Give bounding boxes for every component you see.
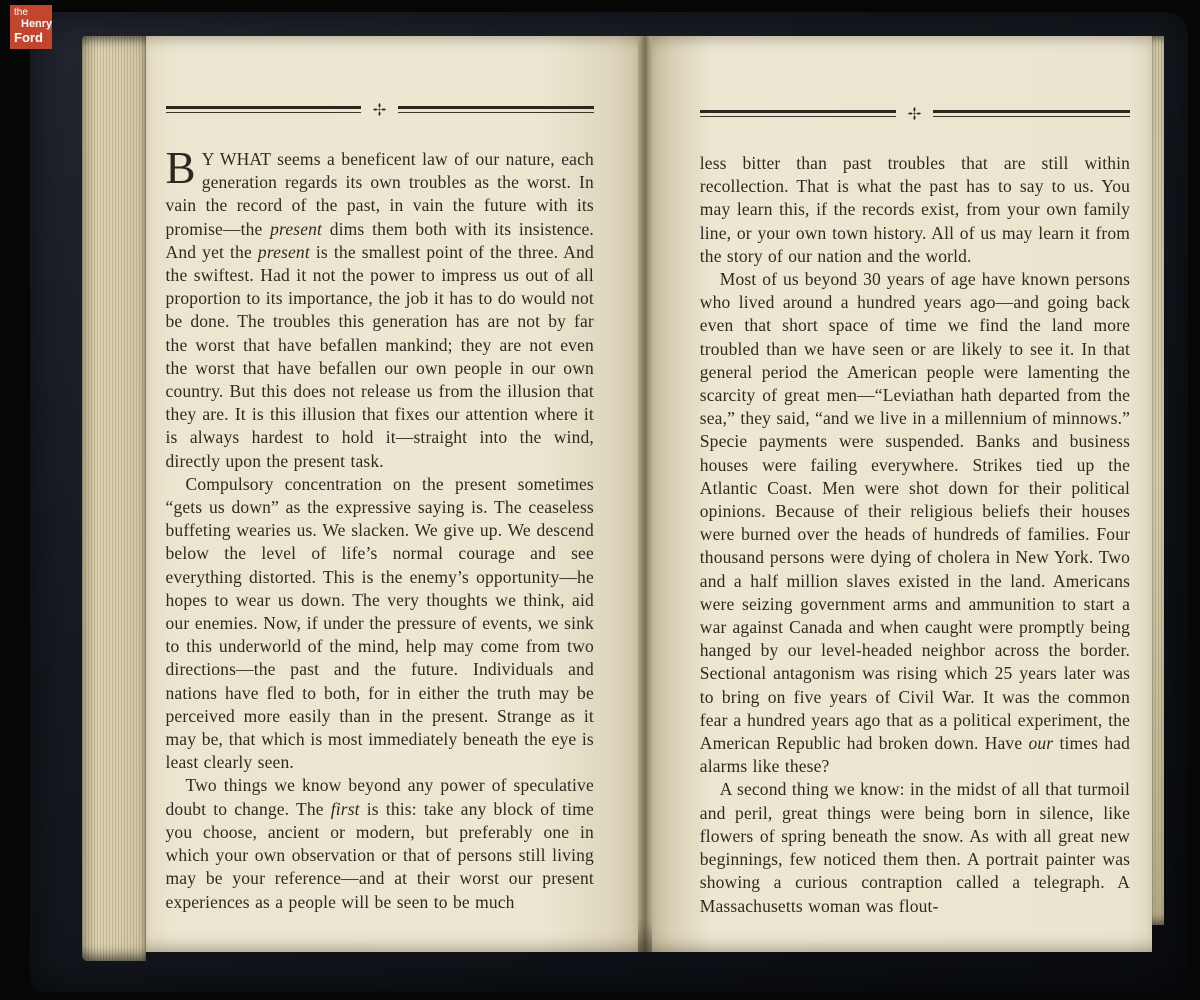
fleuron-quatrefoil-icon (372, 102, 387, 117)
header-rule (700, 106, 1130, 121)
body-paragraph: less bitter than past troubles that are … (700, 152, 1130, 268)
body-text: is the smallest point of the three. And … (166, 242, 594, 471)
drop-cap: B (166, 148, 202, 186)
open-book-pages: BY WHAT seems a beneficent law of our na… (82, 36, 1164, 952)
left-page: BY WHAT seems a beneficent law of our na… (146, 36, 638, 952)
right-page-text: less bitter than past troubles that are … (700, 152, 1130, 918)
rule-line-right (398, 106, 594, 113)
body-paragraph: Most of us beyond 30 years of age have k… (700, 268, 1130, 778)
right-page-content: less bitter than past troubles that are … (652, 36, 1152, 952)
body-text: Most of us beyond 30 years of age have k… (700, 269, 1130, 753)
body-text: less bitter than past troubles that are … (700, 153, 1130, 266)
logo-ford: Ford (14, 31, 52, 44)
rule-line-left (700, 110, 897, 117)
body-paragraph: A second thing we know: in the midst of … (700, 778, 1130, 917)
fleuron-quatrefoil-icon (907, 106, 922, 121)
left-page-text: BY WHAT seems a beneficent law of our na… (166, 148, 594, 914)
italic-text: present (258, 242, 310, 262)
photo-background: the Henry Ford (0, 0, 1200, 1000)
rule-line-left (166, 106, 362, 113)
body-text: Compulsory concentration on the present … (166, 474, 594, 772)
right-page: less bitter than past troubles that are … (652, 36, 1152, 952)
body-paragraph: Compulsory concentration on the present … (166, 473, 594, 775)
body-paragraph: BY WHAT seems a beneficent law of our na… (166, 148, 594, 473)
header-rule (166, 102, 594, 117)
henry-ford-logo: the Henry Ford (10, 5, 52, 49)
book-gutter (638, 36, 652, 952)
book-cover: BY WHAT seems a beneficent law of our na… (30, 12, 1188, 992)
italic-text: present (270, 219, 322, 239)
body-paragraph: Two things we know beyond any power of s… (166, 774, 594, 913)
body-text: A second thing we know: in the midst of … (700, 779, 1130, 915)
logo-henry: Henry (21, 19, 52, 30)
logo-the: the (14, 8, 52, 18)
page-edge-stack-right (1152, 36, 1164, 925)
italic-text: first (331, 799, 360, 819)
rule-line-right (933, 110, 1130, 117)
page-edge-stack-left (82, 36, 146, 961)
italic-text: our (1028, 733, 1053, 753)
left-page-content: BY WHAT seems a beneficent law of our na… (146, 36, 638, 952)
